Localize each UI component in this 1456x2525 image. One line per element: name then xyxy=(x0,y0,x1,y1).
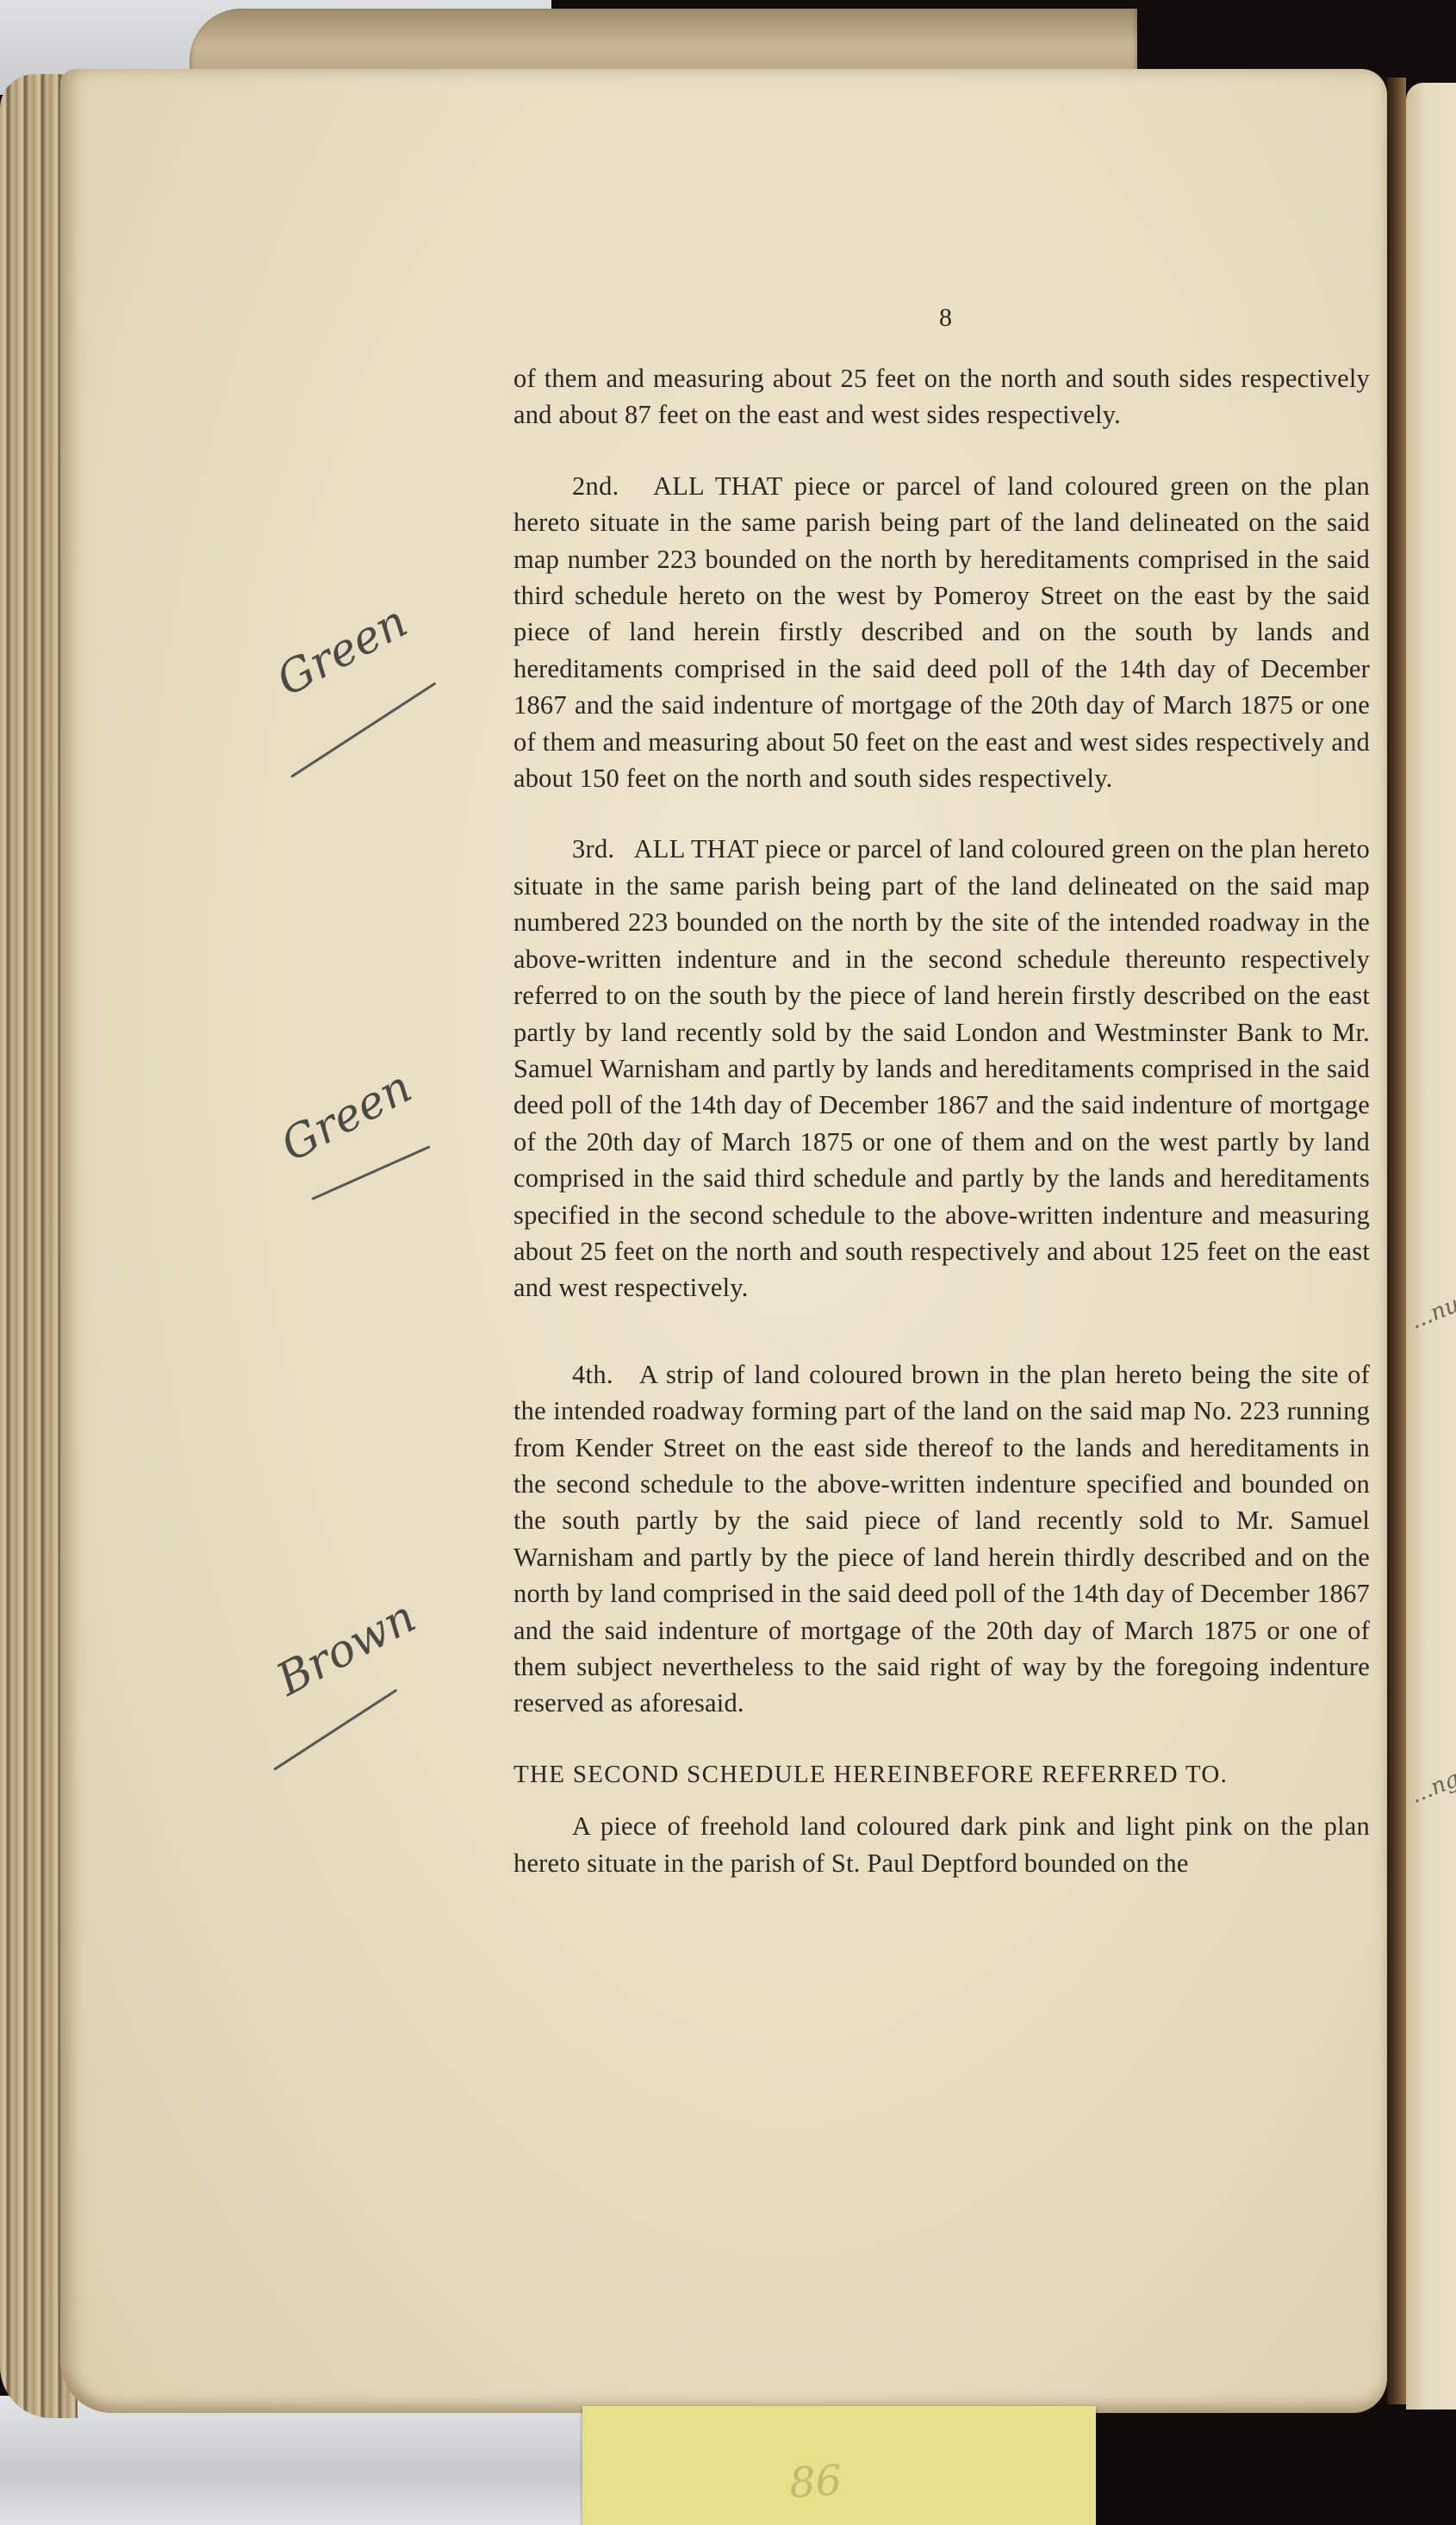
facing-page-margin-mark: ...nuy xyxy=(1407,1287,1456,1334)
paragraph-2nd: 2nd. ALL THAT piece or parcel of land co… xyxy=(513,468,1370,797)
paragraph-4th: 4th. A strip of land coloured brown in t… xyxy=(513,1356,1370,1722)
book-top-edge xyxy=(190,9,1137,78)
paragraph-text: piece or parcel of land coloured green o… xyxy=(513,471,1370,793)
paragraph-ordinal: 2nd. xyxy=(572,471,619,501)
paragraph-lead: ALL THAT xyxy=(653,471,782,501)
paragraph-text: A strip of land coloured brown in the pl… xyxy=(513,1360,1370,1718)
book-gutter xyxy=(1387,78,1406,2404)
page-number: 8 xyxy=(939,303,952,333)
schedule-heading: THE SECOND SCHEDULE HEREINBEFORE REFERRE… xyxy=(513,1756,1370,1792)
sticky-note-scrawl: 86 xyxy=(787,2456,843,2508)
sticky-note: 86 xyxy=(582,2406,1096,2525)
facing-page: ...nuy ...ngn xyxy=(1406,83,1456,2410)
continuation-paragraph: of them and measuring about 25 feet on t… xyxy=(513,360,1370,433)
facing-page-margin-mark: ...ngn xyxy=(1407,1761,1456,1809)
document-body: of them and measuring about 25 feet on t… xyxy=(513,360,1370,1881)
paragraph-ordinal: 4th. xyxy=(572,1360,613,1389)
schedule-paragraph: A piece of freehold land coloured dark p… xyxy=(513,1808,1370,1881)
paragraph-3rd: 3rd. ALL THAT piece or parcel of land co… xyxy=(513,831,1370,1306)
paragraph-lead: ALL THAT xyxy=(634,834,758,863)
paragraph-ordinal: 3rd. xyxy=(572,834,614,863)
paragraph-text: piece or parcel of land coloured green o… xyxy=(513,834,1370,1302)
background-cloth-bottom xyxy=(0,2396,603,2525)
